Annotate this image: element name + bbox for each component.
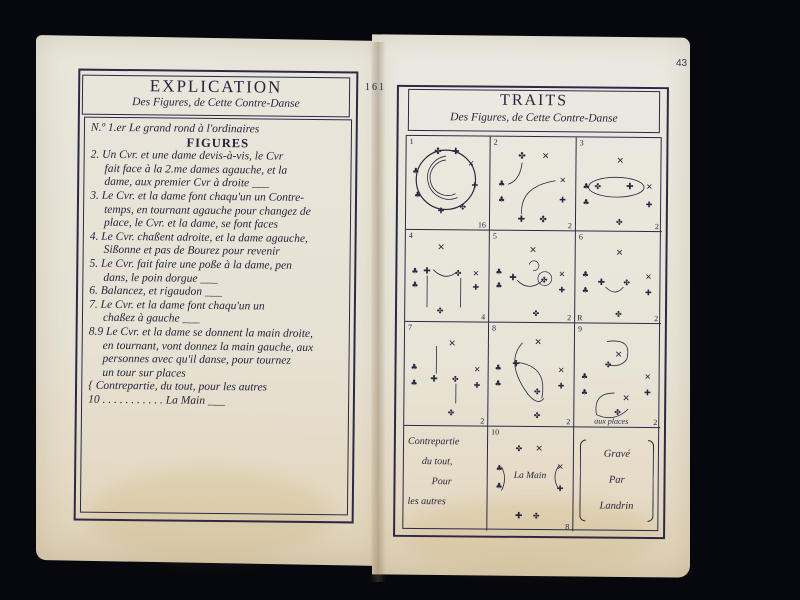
svg-text:✕: ✕ [622, 394, 630, 404]
svg-text:✕: ✕ [559, 176, 566, 185]
svg-text:✤: ✤ [533, 309, 540, 318]
svg-text:✕: ✕ [615, 350, 623, 360]
figure-cell-1: 1 ✤✚ ✕✚ ✤✚ ♣♣ 16 [406, 136, 491, 231]
svg-text:✚: ✚ [438, 206, 445, 215]
svg-text:✤: ✤ [605, 360, 612, 369]
svg-text:✤: ✤ [448, 408, 455, 417]
crossing-diagram-icon: ✤✕ ♣♣ ✕✚ ✚✤ [490, 137, 576, 231]
svg-text:✕: ✕ [646, 182, 653, 191]
circle-diagram-icon: ✤✚ ✕✚ ✤✚ ♣♣ [406, 136, 490, 230]
svg-text:✕: ✕ [474, 365, 481, 374]
engraver-cell: Gravé Par Landrin [573, 427, 660, 532]
figure-count: 4 [481, 313, 485, 322]
svg-text:♣: ♣ [412, 167, 419, 176]
left-brace-icon [579, 439, 586, 521]
svg-text:✚: ✚ [557, 484, 564, 493]
svg-text:✤: ✤ [534, 411, 541, 420]
svg-text:✤: ✤ [595, 182, 602, 191]
figure-count: 2 [653, 418, 657, 427]
la-main-label: La Main [514, 471, 547, 481]
svg-text:♣: ♣ [410, 378, 417, 387]
contrepartie-cell: Contrepartie du tout, Pour les autres [403, 426, 488, 531]
chasse-diagram-icon: ✕ ♣♣ ✚✤ ✕✚ ✤ [405, 230, 489, 322]
svg-text:✕: ✕ [645, 272, 652, 281]
page-number: 161 [365, 82, 386, 93]
svg-text:✤: ✤ [614, 408, 621, 417]
figure-cell-9: 9 ✕✤ ♣♣ ✕✚ ✕✤ aux places 2 [574, 323, 661, 428]
figure-note: aux places [594, 417, 628, 426]
svg-text:✤: ✤ [623, 278, 630, 287]
svg-text:♣: ♣ [582, 270, 589, 279]
figure-count: 16 [478, 221, 486, 230]
svg-text:✚: ✚ [430, 375, 438, 385]
svg-text:♣: ♣ [495, 281, 502, 290]
svg-text:✤: ✤ [541, 276, 548, 285]
chassez-diagram-icon: ✕ ♣♣ ✚✤ ✕✚ ✤ [404, 322, 488, 426]
figure-cell-10: 10 ✤✕ ♣♣ ✕✚ ✚✤ La Main 8 [487, 427, 574, 532]
pose-diagram-icon: ✕ ♣♣ ✚✤ ✕✚ ✤ [489, 231, 575, 323]
figure-grid: 1 ✤✚ ✕✚ ✤✚ ♣♣ 16 2 ✤✕ ♣♣ ✕✚ ✚✤ 2 3 ✕ ♣♣ [402, 135, 661, 531]
loop-diagram-icon: ✕ ♣♣ ✤✚ ✕✚ ✤ [576, 137, 663, 231]
svg-text:✤: ✤ [615, 310, 622, 319]
figure-cell-6: 6 ✕ ♣♣ ✚✤ ✕✚ ✤ R 2 [575, 231, 662, 324]
traits-header: TRAITS Des Figures, de Cette Contre-Dans… [408, 89, 660, 133]
svg-text:♣: ♣ [496, 464, 503, 473]
svg-text:♣: ♣ [411, 280, 418, 289]
figure-cell-5: 5 ✕ ♣♣ ✚✤ ✕✚ ✤ 2 [489, 231, 576, 324]
svg-text:✚: ✚ [471, 181, 478, 190]
svg-text:✚: ✚ [644, 388, 651, 397]
svg-text:♣: ♣ [495, 267, 502, 276]
svg-text:✚: ✚ [645, 288, 652, 297]
contre-line: les autres [407, 492, 482, 513]
svg-text:♣: ♣ [582, 286, 589, 295]
svg-text:✤: ✤ [455, 269, 462, 278]
svg-text:✕: ✕ [529, 246, 537, 256]
svg-text:✤: ✤ [534, 387, 541, 396]
figure-cell-3: 3 ✕ ♣♣ ✤✚ ✕✚ ✤ 2 [576, 137, 663, 232]
svg-text:✕: ✕ [644, 372, 651, 381]
svg-text:♣: ♣ [581, 388, 588, 397]
svg-text:✤: ✤ [539, 215, 547, 225]
svg-text:✕: ✕ [535, 444, 543, 454]
text-line: 10 . . . . . . . . . . . La Main ___ [88, 394, 342, 410]
svg-text:✤: ✤ [518, 152, 526, 162]
explication-subtitle: Des Figures, de Cette Contre-Danse [83, 95, 349, 112]
svg-text:♣: ♣ [582, 198, 589, 207]
tour-diagram-icon: ✕ ♣♣ ✚✤ ✕✚ ✤ [488, 323, 574, 427]
figure-cell-4: 4 ✕ ♣♣ ✚✤ ✕✚ ✤ 4 [405, 230, 490, 323]
figure-count: 2 [654, 314, 658, 323]
svg-text:✤: ✤ [459, 203, 466, 212]
figure-count: 2 [566, 417, 570, 426]
svg-text:✚: ✚ [559, 286, 566, 295]
book-gutter [370, 42, 386, 582]
figure-count: 2 [655, 222, 659, 231]
svg-text:✕: ✕ [542, 152, 550, 162]
figure-count: 2 [567, 313, 571, 322]
svg-text:✕: ✕ [473, 269, 480, 278]
svg-text:✚: ✚ [559, 196, 566, 205]
svg-text:✚: ✚ [473, 283, 480, 292]
svg-text:✤: ✤ [616, 218, 623, 227]
svg-text:✚: ✚ [474, 381, 481, 390]
contre-line: Contrepartie [408, 432, 483, 453]
text-line: N.º 1.er Le grand rond à l'ordinaires [91, 122, 345, 138]
figure-cell-2: 2 ✤✕ ♣♣ ✕✚ ✚✤ 2 [490, 137, 577, 232]
svg-text:✕: ✕ [437, 243, 445, 253]
svg-text:✕: ✕ [616, 248, 624, 258]
figure-cell-8: 8 ✕ ♣♣ ✚✤ ✕✚ ✤ 2 [488, 323, 575, 428]
svg-text:✤: ✤ [516, 444, 523, 453]
svg-text:♣: ♣ [581, 372, 588, 381]
svg-text:♣: ♣ [498, 195, 505, 204]
svg-text:✚: ✚ [509, 273, 517, 283]
traits-title: TRAITS [409, 90, 659, 112]
svg-text:♣: ♣ [498, 179, 505, 188]
svg-text:♣: ♣ [411, 362, 418, 371]
svg-text:✕: ✕ [559, 270, 566, 279]
svg-text:✚: ✚ [512, 359, 520, 369]
svg-text:♣: ♣ [494, 379, 501, 388]
svg-text:✚: ✚ [515, 511, 523, 521]
svg-text:✚: ✚ [558, 382, 565, 391]
svg-text:✕: ✕ [534, 338, 542, 348]
svg-text:✤: ✤ [434, 147, 442, 157]
svg-text:✚: ✚ [626, 182, 634, 192]
svg-text:✕: ✕ [616, 156, 624, 166]
svg-text:✚: ✚ [452, 147, 460, 157]
figure-mark: R [577, 313, 582, 322]
svg-text:♣: ♣ [496, 482, 503, 491]
svg-text:✚: ✚ [518, 215, 526, 225]
svg-text:✤: ✤ [452, 375, 459, 384]
folio-number: 43 [676, 58, 687, 69]
right-brace-icon [647, 440, 654, 522]
explication-text: N.º 1.er Le grand rond à l'ordinaires FI… [80, 117, 352, 516]
svg-text:✕: ✕ [448, 339, 456, 349]
figure-count: 8 [565, 522, 569, 531]
main-droite-diagram-icon: ✕✤ ♣♣ ✕✚ ✕✤ [574, 323, 661, 427]
svg-text:♣: ♣ [414, 190, 421, 199]
svg-text:✕: ✕ [468, 159, 475, 168]
figure-cell-7: 7 ✕ ♣♣ ✚✤ ✕✚ ✤ 2 [404, 322, 489, 427]
svg-text:✚: ✚ [598, 278, 606, 288]
svg-text:✚: ✚ [423, 267, 431, 277]
svg-text:✤: ✤ [437, 306, 444, 315]
figure-count: 2 [480, 417, 484, 426]
balancez-diagram-icon: ✕ ♣♣ ✚✤ ✕✚ ✤ [575, 231, 662, 323]
svg-text:♣: ♣ [411, 266, 418, 275]
contre-line: Pour [408, 472, 483, 493]
traits-subtitle: Des Figures, de Cette Contre-Danse [409, 110, 659, 126]
svg-text:✕: ✕ [558, 366, 565, 375]
svg-text:✤: ✤ [533, 512, 540, 521]
figure-count: 2 [568, 221, 572, 230]
svg-text:✚: ✚ [646, 200, 653, 209]
svg-text:♣: ♣ [495, 363, 502, 372]
explication-header: EXPLICATION Des Figures, de Cette Contre… [82, 75, 350, 118]
contre-line: du tout, [408, 452, 483, 473]
